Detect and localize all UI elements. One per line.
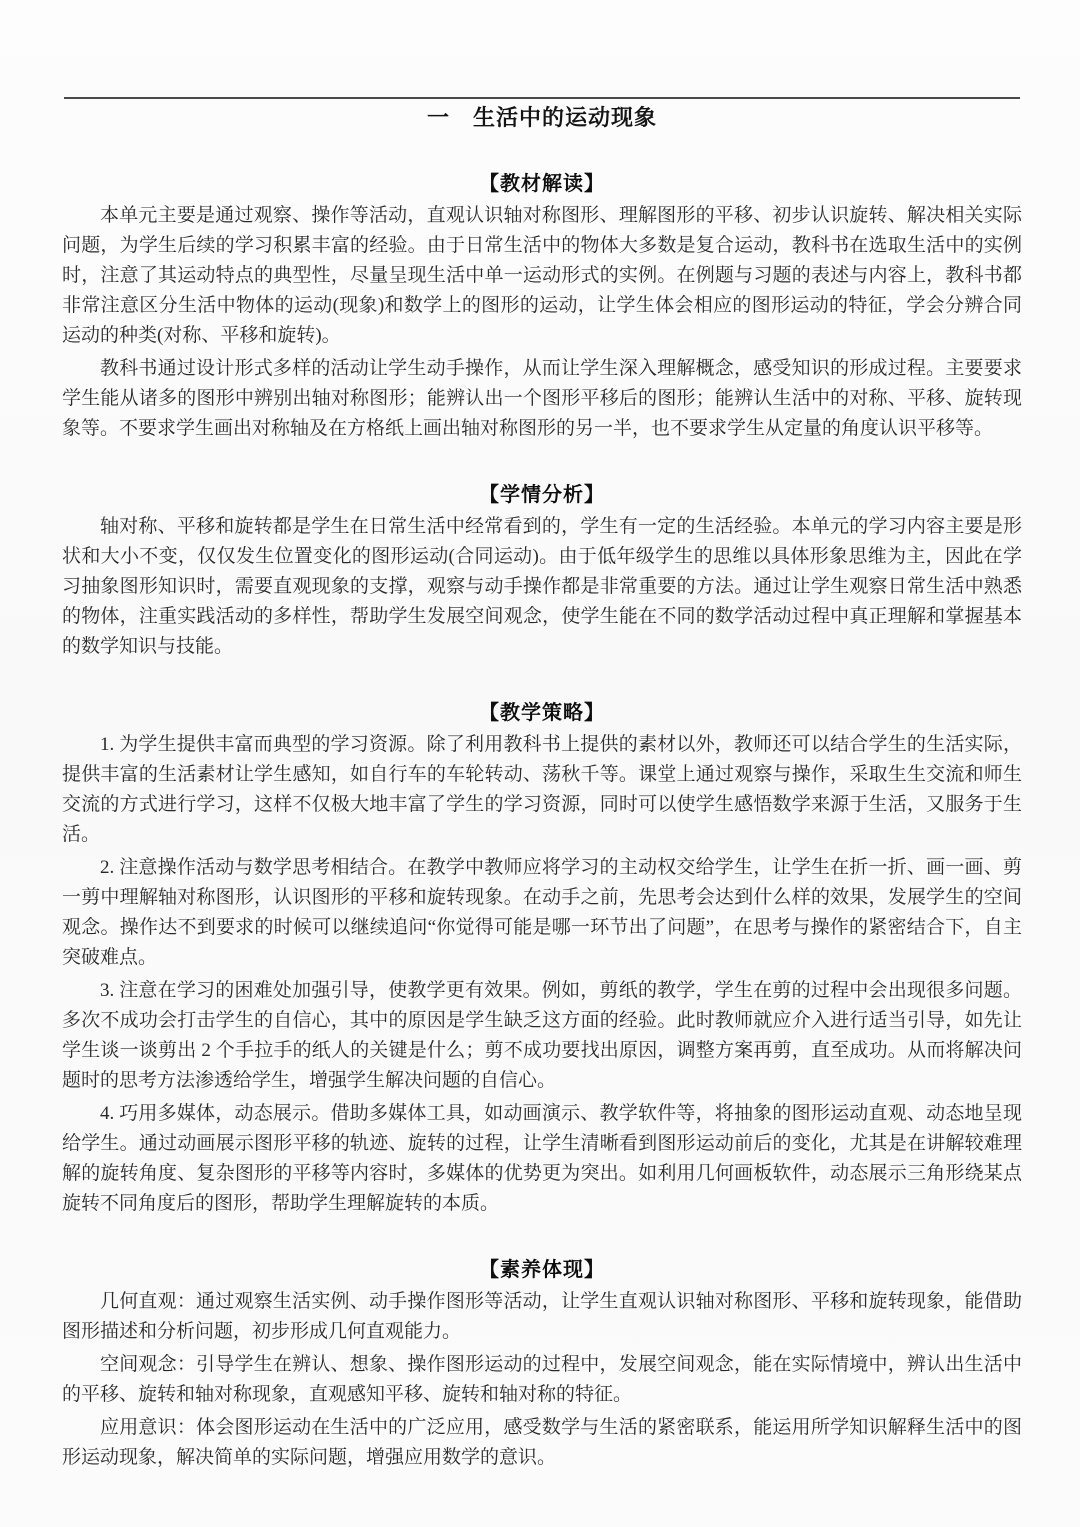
- section-learner-analysis: 【学情分析】 轴对称、平移和旋转都是学生在日常生活中经常看到的，学生有一定的生活…: [62, 480, 1022, 662]
- section-teaching-strategies: 【教学策略】 1. 为学生提供丰富而典型的学习资源。除了利用教科书上提供的素材以…: [62, 698, 1022, 1219]
- section-heading-textbook-analysis: 【教材解读】: [62, 169, 1022, 199]
- strategy-item-1: 1. 为学生提供丰富而典型的学习资源。除了利用教科书上提供的素材以外，教师还可以…: [62, 730, 1022, 850]
- section-heading-learner-analysis: 【学情分析】: [62, 480, 1022, 510]
- section-textbook-analysis: 【教材解读】 本单元主要是通过观察、操作等活动，直观认识轴对称图形、理解图形的平…: [62, 169, 1022, 444]
- strategy-item-4: 4. 巧用多媒体，动态展示。借助多媒体工具，如动画演示、教学软件等，将抽象的图形…: [62, 1099, 1022, 1219]
- competency-spatial-concept: 空间观念：引导学生在辨认、想象、操作图形运动的过程中，发展空间观念，能在实际情境…: [62, 1350, 1022, 1410]
- paragraph: 轴对称、平移和旋转都是学生在日常生活中经常看到的，学生有一定的生活经验。本单元的…: [62, 512, 1022, 662]
- section-heading-teaching-strategies: 【教学策略】: [62, 698, 1022, 728]
- competency-application-awareness: 应用意识：体会图形运动在生活中的广泛应用，感受数学与生活的紧密联系，能运用所学知…: [62, 1413, 1022, 1473]
- strategy-item-3: 3. 注意在学习的困难处加强引导，使教学更有效果。例如，剪纸的教学，学生在剪的过…: [62, 976, 1022, 1096]
- document-page: 一 生活中的运动现象 【教材解读】 本单元主要是通过观察、操作等活动，直观认识轴…: [0, 0, 1080, 1527]
- section-competency: 【素养体现】 几何直观：通过观察生活实例、动手操作图形等活动，让学生直观认识轴对…: [62, 1255, 1022, 1473]
- paragraph: 教科书通过设计形式多样的活动让学生动手操作，从而让学生深入理解概念，感受知识的形…: [62, 354, 1022, 444]
- section-heading-competency: 【素养体现】: [62, 1255, 1022, 1285]
- competency-geometric-intuition: 几何直观：通过观察生活实例、动手操作图形等活动，让学生直观认识轴对称图形、平移和…: [62, 1287, 1022, 1347]
- strategy-item-2: 2. 注意操作活动与数学思考相结合。在教学中教师应将学习的主动权交给学生，让学生…: [62, 853, 1022, 973]
- page-title: 一 生活中的运动现象: [62, 103, 1022, 133]
- paragraph: 本单元主要是通过观察、操作等活动，直观认识轴对称图形、理解图形的平移、初步认识旋…: [62, 201, 1022, 351]
- header-divider: [64, 97, 1020, 99]
